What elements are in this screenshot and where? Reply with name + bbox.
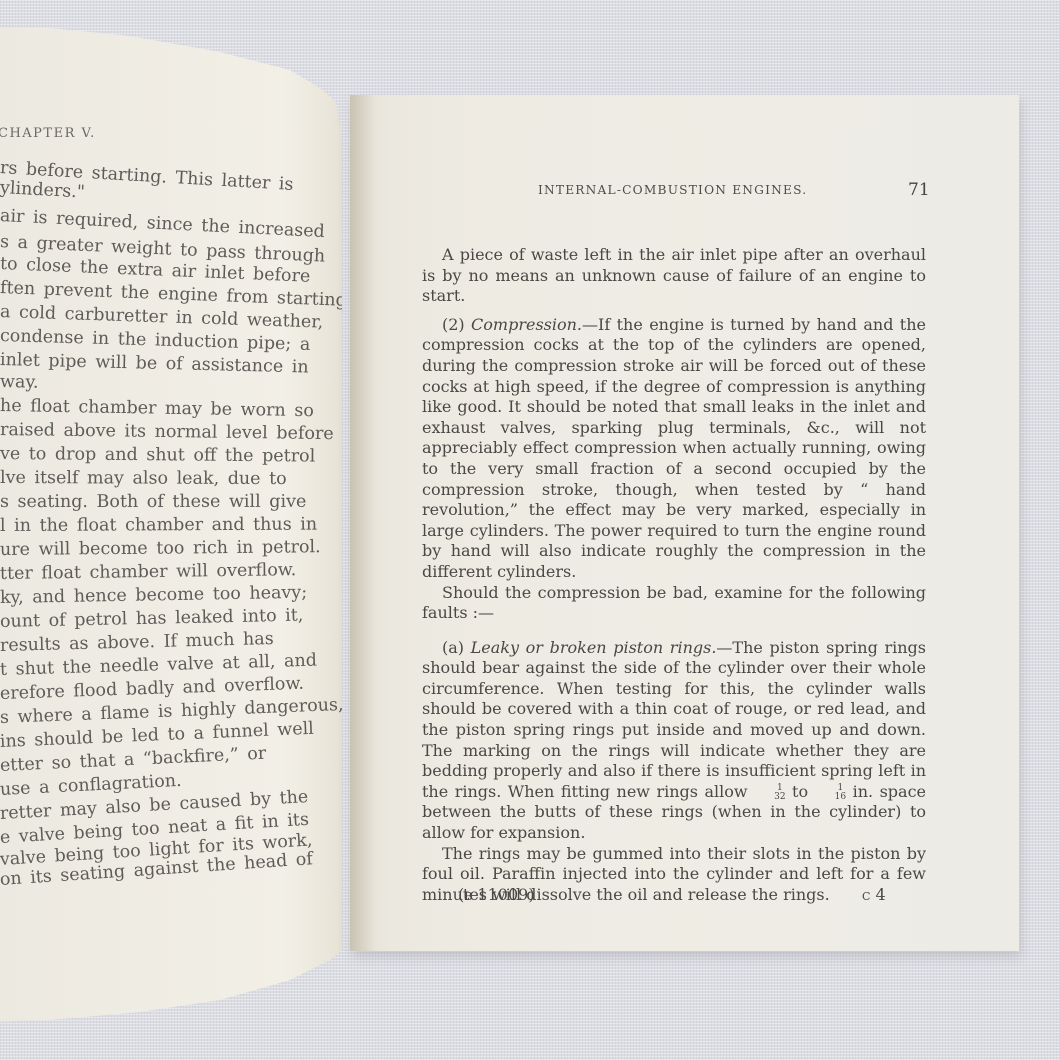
sheet-mark: C 4 bbox=[862, 885, 886, 904]
fraction-denominator: 16 bbox=[815, 793, 846, 802]
left-page-line: tter float chamber will overflow. bbox=[0, 560, 296, 586]
paragraph-piston-rings: (a) Leaky or broken piston rings.—The pi… bbox=[422, 638, 926, 844]
left-page-line: raised above its normal level before bbox=[0, 420, 334, 446]
fraction-denominator: 32 bbox=[754, 793, 785, 802]
running-head: INTERNAL-COMBUSTION ENGINES. bbox=[538, 183, 807, 197]
page-number: 71 bbox=[908, 180, 930, 200]
printer-signature: (B 11009) bbox=[458, 885, 535, 904]
subsection-title-piston-rings: Leaky or broken piston rings. bbox=[471, 638, 717, 657]
left-page-line: l in the float chamber and thus in bbox=[0, 515, 317, 538]
left-page-line: lve itself may also leak, due to bbox=[0, 468, 287, 491]
left-page-line: s seating. Both of these will give bbox=[0, 492, 306, 514]
paragraph-text: —If the engine is turned by hand and the… bbox=[422, 315, 926, 581]
left-page: CHAPTER V. rs before starting. This latt… bbox=[0, 0, 350, 1060]
left-page-line: way. bbox=[0, 372, 39, 394]
subsection-number: (a) bbox=[442, 638, 471, 657]
paragraph-text: to bbox=[786, 782, 815, 801]
fraction-one-thirty-second: 132 bbox=[754, 784, 785, 802]
left-page-line: ve to drop and shut off the petrol bbox=[0, 444, 315, 468]
sheet-part: 4 bbox=[870, 885, 885, 904]
right-page: INTERNAL-COMBUSTION ENGINES. 71 A piece … bbox=[350, 95, 1019, 951]
fraction-one-sixteenth: 116 bbox=[815, 784, 846, 802]
paragraph-text: —The piston spring rings should bear aga… bbox=[422, 638, 926, 801]
section-number: (2) bbox=[442, 315, 471, 334]
left-page-line: ure will become too rich in petrol. bbox=[0, 537, 321, 562]
paragraph-waste: A piece of waste left in the air inlet p… bbox=[422, 245, 926, 307]
section-title-compression: Compression. bbox=[471, 315, 582, 334]
gutter-shadow bbox=[350, 95, 376, 951]
left-page-line: ylinders." bbox=[0, 178, 85, 204]
paragraph-faults-intro: Should the compression be bad, examine f… bbox=[422, 583, 926, 624]
page-body: A piece of waste left in the air inlet p… bbox=[422, 245, 926, 905]
sig-part: 11009) bbox=[472, 885, 534, 904]
paragraph-compression: (2) Compression.—If the engine is turned… bbox=[422, 315, 926, 583]
chapter-header: CHAPTER V. bbox=[0, 126, 96, 141]
left-page-line: he float chamber may be worn so bbox=[0, 396, 314, 423]
